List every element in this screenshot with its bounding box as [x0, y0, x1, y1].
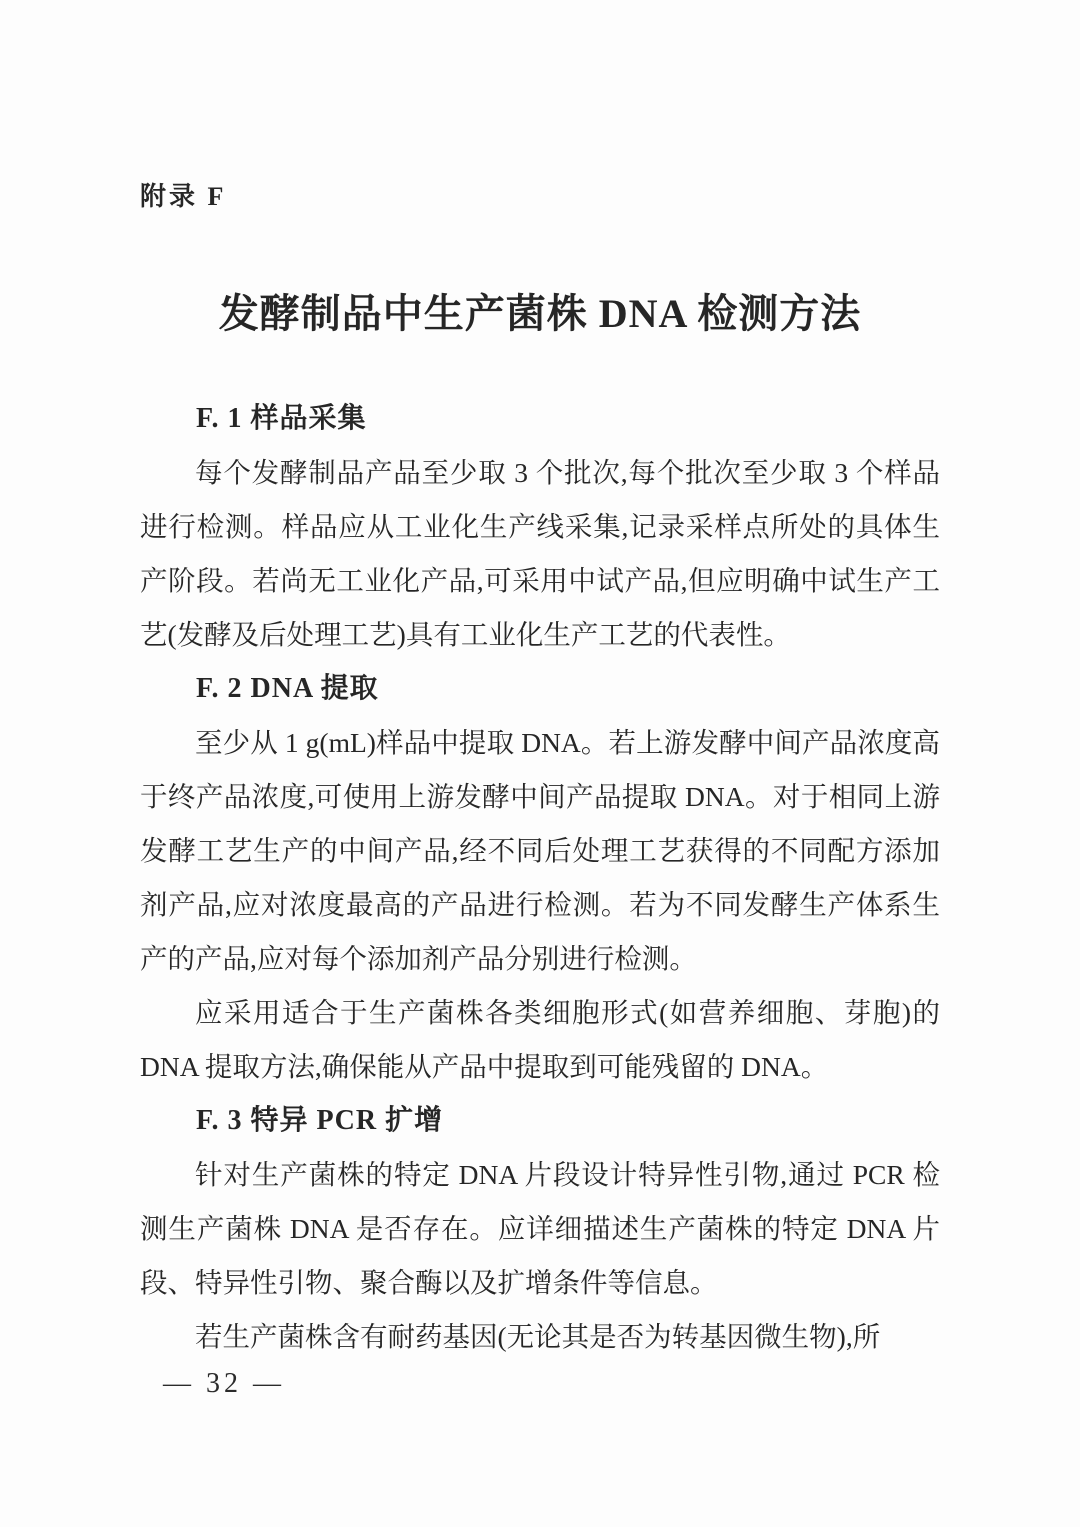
- sections: F. 1 样品采集 每个发酵制品产品至少取 3 个批次,每个批次至少取 3 个样…: [140, 392, 940, 1364]
- appendix-label: 附录 F: [140, 0, 940, 212]
- page-number: — 32 —: [163, 1367, 285, 1401]
- paragraph: 每个发酵制品产品至少取 3 个批次,每个批次至少取 3 个样品进行检测。样品应从…: [140, 446, 940, 662]
- section: F. 1 样品采集 每个发酵制品产品至少取 3 个批次,每个批次至少取 3 个样…: [140, 392, 940, 662]
- document-title: 发酵制品中生产菌株 DNA 检测方法: [140, 291, 940, 337]
- paragraph: 应采用适合于生产菌株各类细胞形式(如营养细胞、芽胞)的 DNA 提取方法,确保能…: [140, 986, 940, 1094]
- section-paragraphs: 每个发酵制品产品至少取 3 个批次,每个批次至少取 3 个样品进行检测。样品应从…: [140, 446, 940, 662]
- section-paragraphs: 针对生产菌株的特定 DNA 片段设计特异性引物,通过 PCR 检测生产菌株 DN…: [140, 1148, 940, 1364]
- paragraph: 若生产菌株含有耐药基因(无论其是否为转基因微生物),所: [140, 1310, 940, 1364]
- page-content: 附录 F 发酵制品中生产菌株 DNA 检测方法 F. 1 样品采集 每个发酵制品…: [140, 0, 940, 1364]
- section-paragraphs: 至少从 1 g(mL)样品中提取 DNA。若上游发酵中间产品浓度高于终产品浓度,…: [140, 716, 940, 1094]
- paragraph: 至少从 1 g(mL)样品中提取 DNA。若上游发酵中间产品浓度高于终产品浓度,…: [140, 716, 940, 986]
- document-page: 附录 F 发酵制品中生产菌株 DNA 检测方法 F. 1 样品采集 每个发酵制品…: [0, 0, 1080, 1527]
- section-heading: F. 2 DNA 提取: [140, 662, 940, 716]
- section-heading: F. 1 样品采集: [140, 392, 940, 446]
- paragraph: 针对生产菌株的特定 DNA 片段设计特异性引物,通过 PCR 检测生产菌株 DN…: [140, 1148, 940, 1310]
- section-heading: F. 3 特异 PCR 扩增: [140, 1094, 940, 1148]
- section: F. 2 DNA 提取 至少从 1 g(mL)样品中提取 DNA。若上游发酵中间…: [140, 662, 940, 1094]
- section: F. 3 特异 PCR 扩增 针对生产菌株的特定 DNA 片段设计特异性引物,通…: [140, 1094, 940, 1364]
